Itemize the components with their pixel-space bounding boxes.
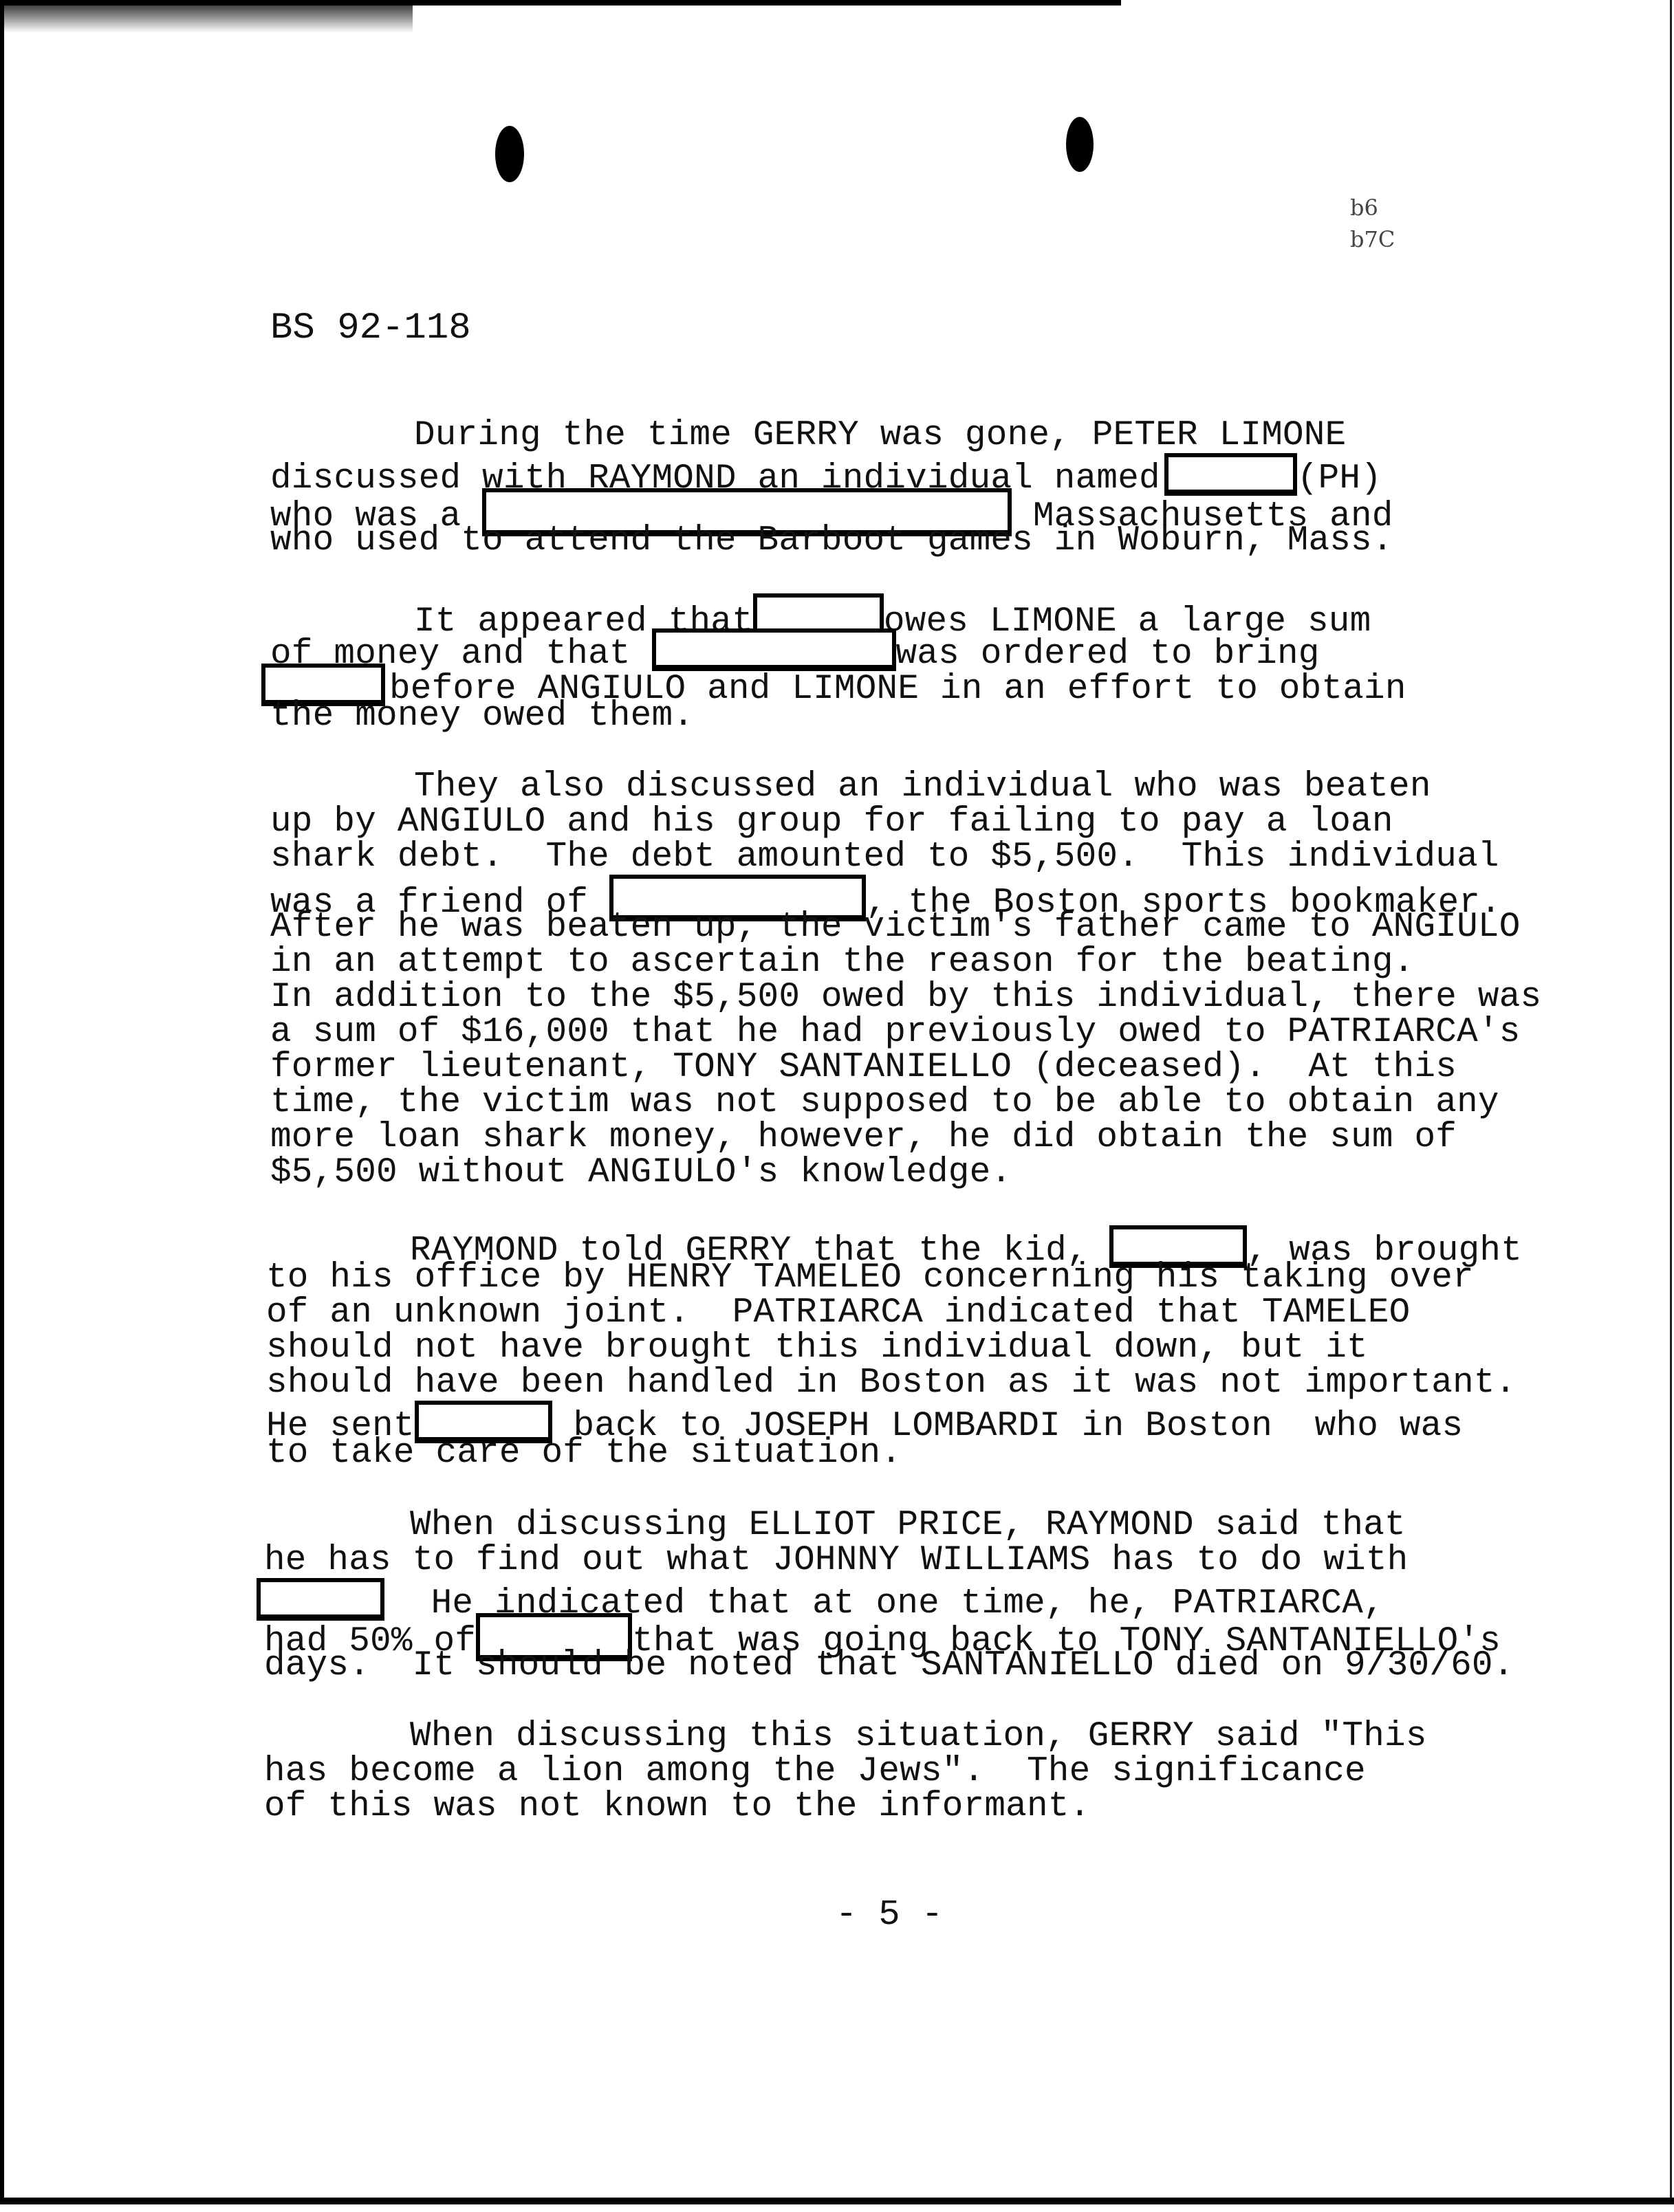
text-line: more loan shark money, however, he did o… bbox=[270, 1120, 1457, 1155]
exemption-code-b7c: b7C bbox=[1350, 226, 1395, 253]
text-line: should not have brought this individual … bbox=[266, 1331, 1368, 1366]
file-number: BS 92-118 bbox=[270, 308, 471, 349]
text-line: a sum of $16,000 that he had previously … bbox=[270, 1015, 1521, 1050]
text-line: time, the victim was not supposed to be … bbox=[270, 1085, 1499, 1120]
text-line: shark debt. The debt amounted to $5,500.… bbox=[270, 840, 1499, 875]
text-line: After he was beaten up, the victim's fat… bbox=[270, 910, 1521, 945]
text-line: of an unknown joint. PATRIARCA indicated… bbox=[266, 1295, 1410, 1331]
text-line: up by ANGIULO and his group for failing … bbox=[270, 804, 1393, 840]
text-line: he has to find out what JOHNNY WILLIAMS … bbox=[264, 1543, 1408, 1578]
text-line: When discussing this situation, GERRY sa… bbox=[410, 1719, 1427, 1754]
scan-edge-top bbox=[0, 0, 1121, 6]
exemption-code-b6: b6 bbox=[1350, 194, 1378, 221]
document-page: b6 b7C BS 92-118 During the time GERRY w… bbox=[0, 0, 1674, 2212]
text-line: When discussing ELLIOT PRICE, RAYMOND sa… bbox=[410, 1508, 1406, 1543]
text-line: They also discussed an individual who wa… bbox=[414, 769, 1431, 804]
text-line: who used to attend the Barboot games in … bbox=[270, 523, 1393, 558]
scan-shadow-top bbox=[0, 6, 413, 33]
text-line: should have been handled in Boston as it… bbox=[266, 1366, 1517, 1401]
text-line: In addition to the $5,500 owed by this i… bbox=[270, 980, 1541, 1015]
text-line: During the time GERRY was gone, PETER LI… bbox=[414, 418, 1346, 453]
page-number: - 5 - bbox=[836, 1894, 943, 1936]
text-line: of this was not known to the informant. bbox=[264, 1789, 1090, 1824]
punch-hole-left bbox=[495, 126, 524, 182]
text-line: $5,500 without ANGIULO's knowledge. bbox=[270, 1155, 1012, 1190]
text-line: has become a lion among the Jews". The s… bbox=[264, 1754, 1366, 1789]
text-line: days. It should be noted that SANTANIELL… bbox=[264, 1648, 1514, 1683]
text-line: the money owed them. bbox=[270, 699, 694, 734]
text-line: to take care of the situation. bbox=[266, 1436, 902, 1471]
text-line: to his office by HENRY TAMELEO concernin… bbox=[266, 1260, 1474, 1295]
scan-edge-right bbox=[1670, 0, 1672, 2200]
text-line: in an attempt to ascertain the reason fo… bbox=[270, 945, 1414, 980]
scan-edge-left bbox=[0, 0, 4, 2200]
scan-edge-bottom bbox=[0, 2198, 1674, 2204]
punch-hole-right bbox=[1066, 117, 1094, 172]
text-line: former lieutenant, TONY SANTANIELLO (dec… bbox=[270, 1050, 1457, 1085]
